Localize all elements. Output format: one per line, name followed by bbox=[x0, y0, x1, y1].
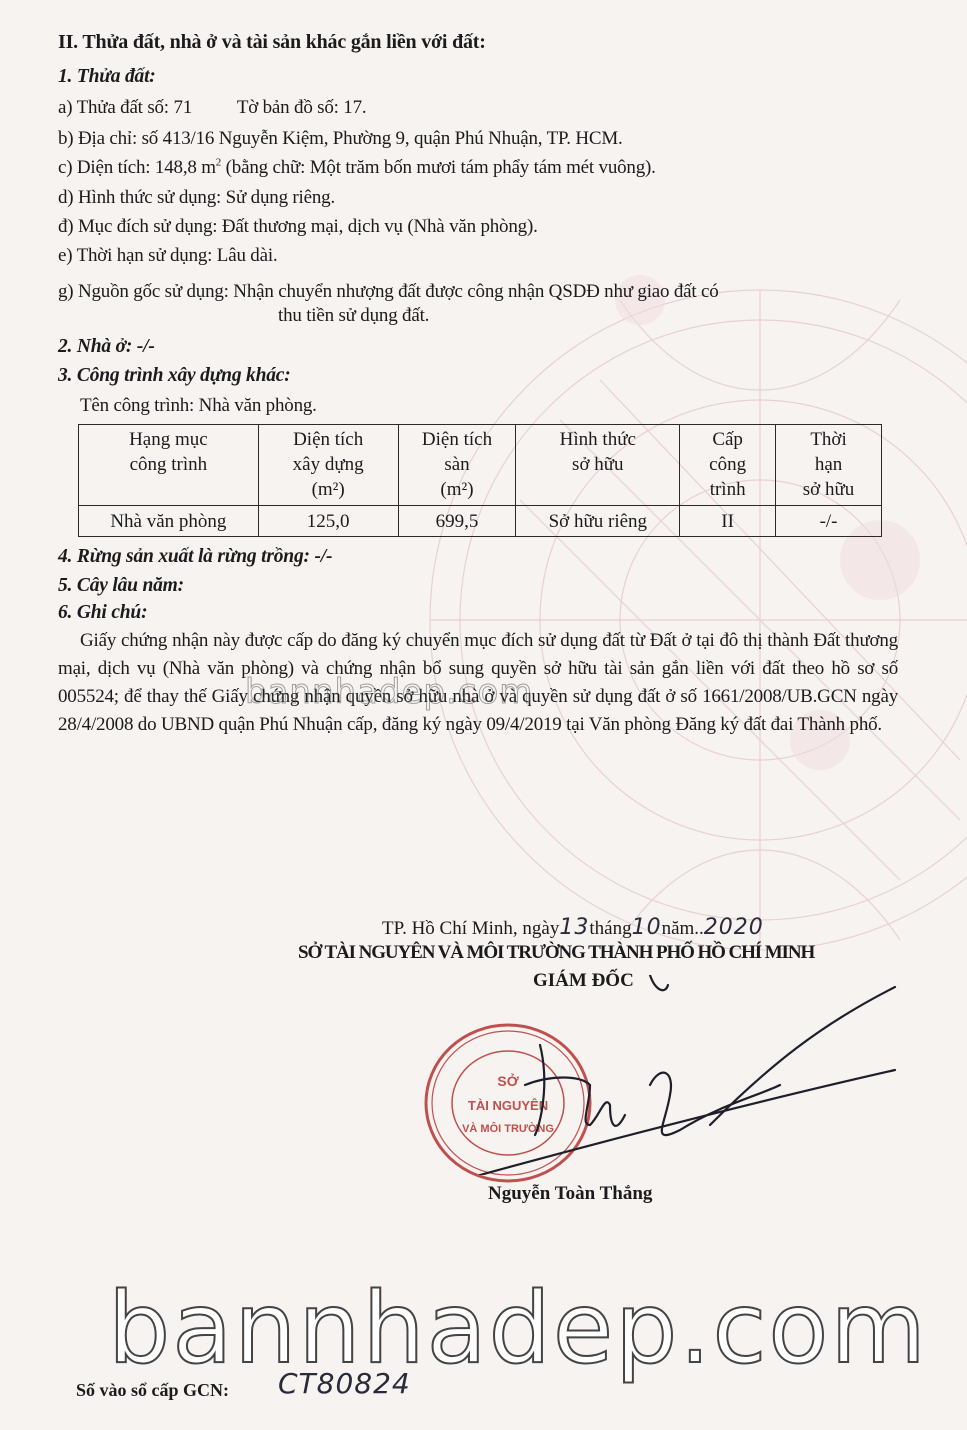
map-sheet-number: Tờ bản đồ số: 17. bbox=[237, 97, 367, 118]
column-header: Cấpcôngtrình bbox=[680, 425, 776, 506]
issuing-organization: SỞ TÀI NGUYÊN VÀ MÔI TRƯỜNG THÀNH PHỐ HỒ… bbox=[298, 942, 814, 964]
registration-label: Số vào sổ cấp GCN: bbox=[76, 1380, 229, 1401]
work-name: Tên công trình: Nhà văn phòng. bbox=[80, 394, 317, 418]
table-cell: 125,0 bbox=[258, 506, 398, 537]
column-header: Hình thứcsở hữu bbox=[516, 425, 680, 506]
column-header: Thờihạnsở hữu bbox=[776, 425, 882, 506]
column-header: Diện tíchxây dựng(m²) bbox=[258, 425, 398, 506]
land-heading: 1. Thửa đất: bbox=[58, 65, 156, 89]
parcel-number: a) Thửa đất số: 71 bbox=[58, 97, 192, 118]
usage-purpose: đ) Mục đích sử dụng: Đất thương mại, dịc… bbox=[58, 215, 538, 239]
table-row: Nhà văn phòng125,0699,5Sở hữu riêngII-/- bbox=[79, 506, 882, 537]
column-header: Diện tíchsàn(m²) bbox=[398, 425, 516, 506]
handwritten-signature bbox=[440, 975, 900, 1175]
address: b) Địa chỉ: số 413/16 Nguyễn Kiệm, Phườn… bbox=[58, 127, 623, 151]
handwritten-day: 13 bbox=[559, 915, 589, 940]
notes-heading: 6. Ghi chú: bbox=[58, 601, 147, 625]
usage-origin-line1: g) Nguồn gốc sử dụng: Nhận chuyển nhượng… bbox=[58, 280, 719, 304]
handwritten-year: 2020 bbox=[704, 915, 764, 940]
handwritten-month: 10 bbox=[632, 915, 662, 940]
usage-form: d) Hình thức sử dụng: Sử dụng riêng. bbox=[58, 186, 335, 210]
column-header: Hạng mụccông trình bbox=[79, 425, 259, 506]
forest-heading: 4. Rừng sản xuất là rừng trồng: -/- bbox=[58, 545, 332, 569]
other-works-heading: 3. Công trình xây dựng khác: bbox=[58, 364, 291, 388]
registration-number: CT80824 bbox=[278, 1367, 411, 1400]
house-heading: 2. Nhà ở: -/- bbox=[58, 335, 155, 359]
table-cell: Sở hữu riêng bbox=[516, 506, 680, 537]
parcel-info: a) Thửa đất số: 71 Tờ bản đồ số: 17. bbox=[58, 96, 366, 120]
perennial-heading: 5. Cây lâu năm: bbox=[58, 574, 184, 598]
usage-term: e) Thời hạn sử dụng: Lâu dài. bbox=[58, 244, 277, 268]
table-cell: -/- bbox=[776, 506, 882, 537]
works-table: Hạng mụccông trìnhDiện tíchxây dựng(m²)D… bbox=[78, 424, 882, 537]
land-area: c) Diện tích: 148,8 m2 (bằng chữ: Một tr… bbox=[58, 156, 656, 180]
table-cell: 699,5 bbox=[398, 506, 516, 537]
section-title: II. Thửa đất, nhà ở và tài sản khác gắn … bbox=[58, 30, 486, 54]
inline-watermark: bannhadep.com bbox=[245, 672, 533, 712]
signing-date: TP. Hồ Chí Minh, ngày13tháng10năm..2020 bbox=[382, 915, 764, 940]
table-cell: Nhà văn phòng bbox=[79, 506, 259, 537]
table-header-row: Hạng mụccông trìnhDiện tíchxây dựng(m²)D… bbox=[79, 425, 882, 506]
table-cell: II bbox=[680, 506, 776, 537]
site-watermark: bannhadep.com bbox=[108, 1274, 928, 1384]
usage-origin-line2: thu tiền sử dụng đất. bbox=[278, 304, 429, 328]
table-body: Nhà văn phòng125,0699,5Sở hữu riêngII-/- bbox=[79, 506, 882, 537]
signer-name: Nguyễn Toàn Thắng bbox=[488, 1183, 652, 1205]
